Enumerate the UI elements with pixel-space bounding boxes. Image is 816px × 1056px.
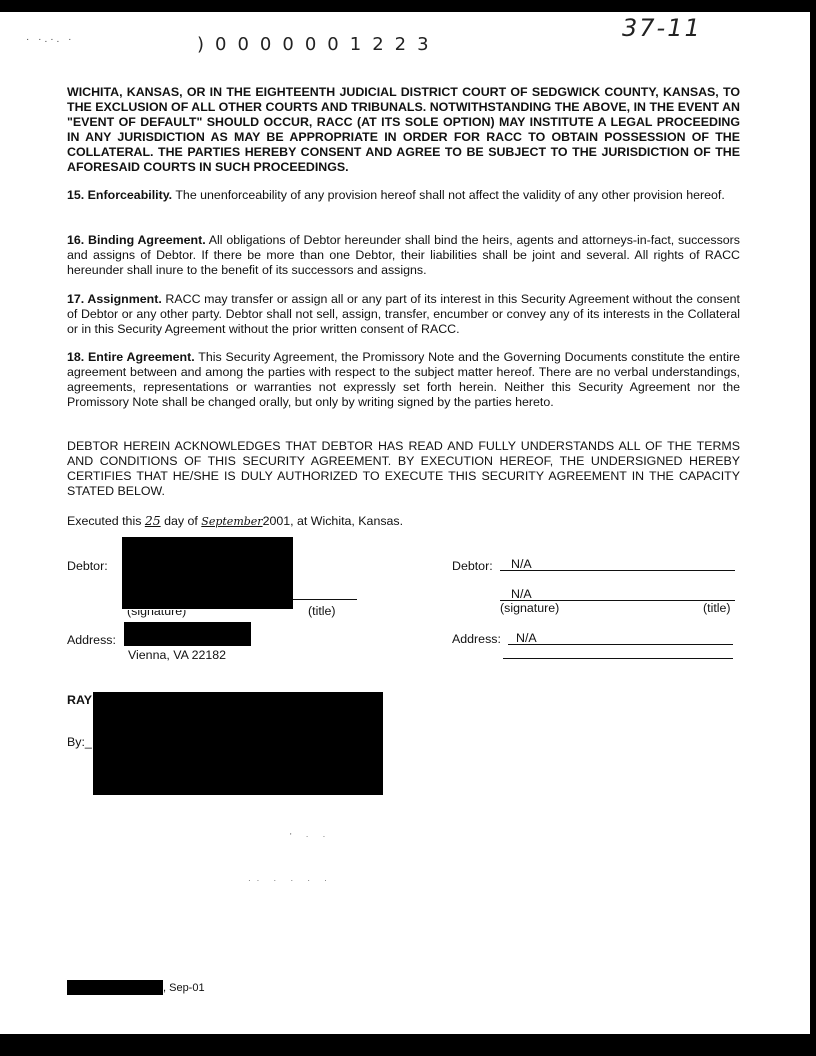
signature-caption-right: (signature) [500,601,559,615]
debtor-value: N/A [511,557,532,571]
redacted-address [124,622,251,646]
clause-16: 16. Binding Agreement. All obligations o… [67,233,740,278]
debtor-line [500,570,735,571]
scan-noise-2: ' · · [290,832,331,841]
debtor-label-right: Debtor: [452,559,493,573]
title-caption-right: (title) [703,601,731,615]
address-line-2 [503,658,733,659]
address-line [508,644,733,645]
redacted-footer [67,980,163,995]
scan-noise-3: ·· · · · · [248,876,333,885]
address-label: Address: [67,633,116,647]
address-city: Vienna, VA 22182 [128,648,226,662]
redacted-signature [122,537,293,609]
handwritten-page-number: 37-11 [622,14,702,42]
jurisdiction-clause: WICHITA, KANSAS, OR IN THE EIGHTEENTH JU… [67,85,740,175]
clause-17: 17. Assignment. RACC may transfer or ass… [67,292,740,337]
debtor-label: Debtor: [67,559,108,573]
clause-heading: 17. Assignment. [67,292,162,306]
clause-body: RACC may transfer or assign all or any p… [67,292,740,336]
clause-heading: 15. Enforceability. [67,188,172,202]
document-number: )0000001223 [197,34,440,55]
title-line [293,599,357,600]
document-page: · ·.·. · 37-11 )0000001223 WICHITA, KANS… [0,12,810,1034]
address-label-right: Address: [452,632,501,646]
footer-date: , Sep-01 [163,982,205,994]
acknowledgement-clause: DEBTOR HEREIN ACKNOWLEDGES THAT DEBTOR H… [67,439,740,499]
company-name-prefix: RAY [67,693,92,707]
redacted-company-signature [93,692,383,795]
execution-day: 25 [145,513,161,528]
title-caption: (title) [308,604,336,618]
clause-18: 18. Entire Agreement. This Security Agre… [67,350,740,410]
clause-15: 15. Enforceability. The unenforceability… [67,188,740,203]
address-value: N/A [516,631,537,645]
execution-month: September [201,515,262,528]
signature-value: N/A [511,587,532,601]
clause-heading: 18. Entire Agreement. [67,350,195,364]
clause-heading: 16. Binding Agreement. [67,233,206,247]
clause-body: The unenforceability of any provision he… [175,188,724,202]
execution-line: Executed this 25 day of September2001, a… [67,513,403,528]
scan-noise: · ·.·. · [26,34,74,45]
by-label: By:_ [67,735,92,749]
